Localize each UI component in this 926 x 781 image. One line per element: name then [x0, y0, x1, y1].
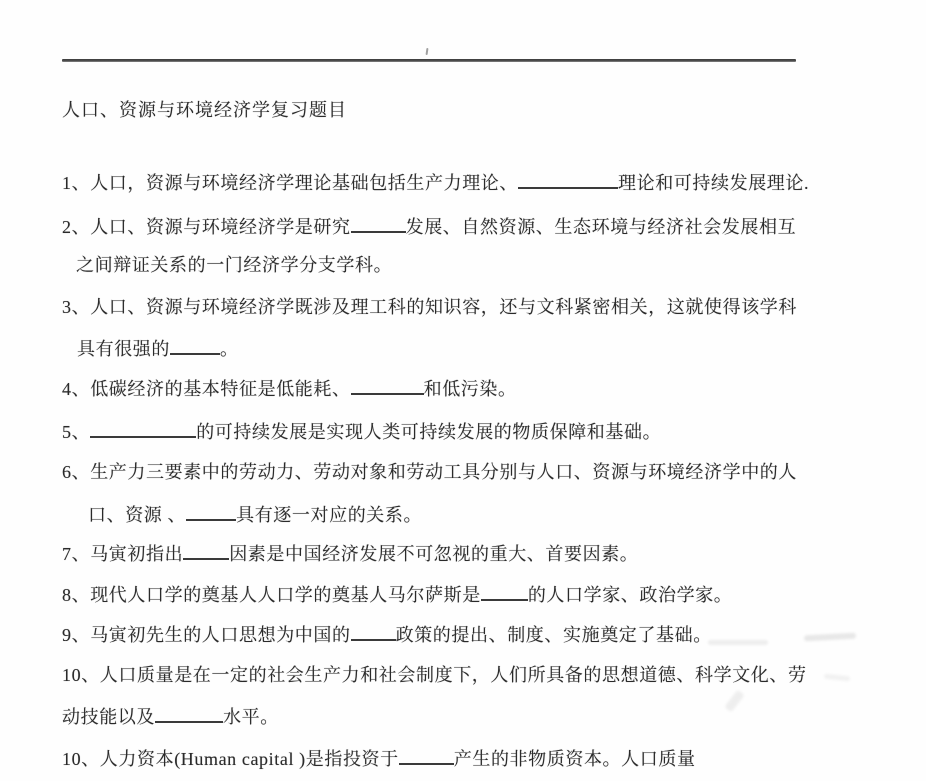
question-line: 9、马寅初先生的人口思想为中国的政策的提出、制度、实施奠定了基础。 [62, 622, 712, 646]
question-text: 理论和可持续发展理论. [618, 173, 809, 193]
question-text: 水平。 [223, 707, 279, 727]
question-line: 4、低碳经济的基本特征是低能耗、和低污染。 [62, 376, 517, 400]
question-line: 10、人力资本(Human capital )是指投资于产生的非物质资本。人口质… [62, 746, 696, 770]
question-line: 5、的可持续发展是实现人类可持续发展的物质保障和基础。 [62, 419, 661, 443]
question-text: 10、人口质量是在一定的社会生产力和社会制度下，人们所具备的思想道德、科学文化、… [62, 665, 807, 685]
question-text: 发展、自然资源、生态环境与经济社会发展相互 [406, 217, 797, 237]
question-text: 的可持续发展是实现人类可持续发展的物质保障和基础。 [196, 422, 661, 442]
question-line: 10、人口质量是在一定的社会生产力和社会制度下，人们所具备的思想道德、科学文化、… [62, 664, 807, 686]
question-text: 具有逐一对应的关系。 [236, 505, 422, 525]
question-text: 和低污染。 [424, 379, 517, 399]
question-line: 2、人口、资源与环境经济学是研究发展、自然资源、生态环境与经济社会发展相互 [62, 214, 796, 238]
fill-in-blank-line [351, 622, 396, 641]
question-text: 8、现代人口学的奠基人人口学的奠基人马尔萨斯是 [62, 585, 481, 605]
question-text: 之间辩证关系的一门经济学分支学科。 [76, 255, 392, 275]
question-line: 7、马寅初指出因素是中国经济发展不可忽视的重大、首要因素。 [62, 541, 638, 565]
question-text: 4、低碳经济的基本特征是低能耗、 [62, 379, 351, 399]
question-text: 3、人口、资源与环境经济学既涉及理工科的知识容，还与文科紧密相关，这就使得该学科 [62, 297, 797, 317]
fill-in-blank-line [351, 376, 424, 395]
fill-in-blank-line [186, 502, 236, 521]
question-line: 1、人口，资源与环境经济学理论基础包括生产力理论、理论和可持续发展理论. [62, 170, 809, 194]
question-line: 之间辩证关系的一门经济学分支学科。 [76, 254, 392, 276]
question-line: 动技能以及水平。 [62, 704, 279, 728]
question-text: 5、 [62, 422, 90, 442]
fill-in-blank-line [481, 582, 528, 601]
question-text: 9、马寅初先生的人口思想为中国的 [62, 625, 351, 645]
fill-in-blank-line [170, 336, 220, 355]
fill-in-blank-line [351, 214, 406, 233]
scan-smudge-artifact [708, 640, 768, 645]
question-line: 6、生产力三要素中的劳动力、劳动对象和劳动工具分别与人口、资源与环境经济学中的人 [62, 461, 797, 483]
question-text: 7、马寅初指出 [62, 544, 183, 564]
question-text: 具有很强的 [77, 339, 170, 359]
question-text: 的人口学家、政治学家。 [528, 585, 733, 605]
question-text: 政策的提出、制度、实施奠定了基础。 [396, 625, 712, 645]
question-line: 8、现代人口学的奠基人人口学的奠基人马尔萨斯是的人口学家、政治学家。 [62, 582, 732, 606]
question-text: 6、生产力三要素中的劳动力、劳动对象和劳动工具分别与人口、资源与环境经济学中的人 [62, 462, 797, 482]
question-line: 3、人口、资源与环境经济学既涉及理工科的知识容，还与文科紧密相关，这就使得该学科 [62, 296, 797, 318]
question-line: 具有很强的。 [77, 336, 239, 360]
question-text: 产生的非物质资本。人口质量 [454, 749, 696, 769]
question-text: 10、人力资本(Human capital )是指投资于 [62, 749, 399, 769]
question-text: 。 [220, 339, 239, 359]
document-page: 人口、资源与环境经济学复习题目 1、人口，资源与环境经济学理论基础包括生产力理论… [0, 0, 926, 781]
question-list: 1、人口，资源与环境经济学理论基础包括生产力理论、理论和可持续发展理论.2、人口… [0, 0, 926, 781]
fill-in-blank-line [90, 419, 196, 438]
question-text: 口、资源 、 [88, 505, 186, 525]
question-text: 因素是中国经济发展不可忽视的重大、首要因素。 [229, 544, 638, 564]
fill-in-blank-line [518, 170, 618, 189]
fill-in-blank-line [183, 541, 229, 560]
question-line: 口、资源 、具有逐一对应的关系。 [88, 502, 422, 526]
fill-in-blank-line [399, 746, 454, 765]
question-text: 2、人口、资源与环境经济学是研究 [62, 217, 351, 237]
fill-in-blank-line [155, 704, 223, 723]
question-text: 动技能以及 [62, 707, 155, 727]
question-text: 1、人口，资源与环境经济学理论基础包括生产力理论、 [62, 173, 518, 193]
